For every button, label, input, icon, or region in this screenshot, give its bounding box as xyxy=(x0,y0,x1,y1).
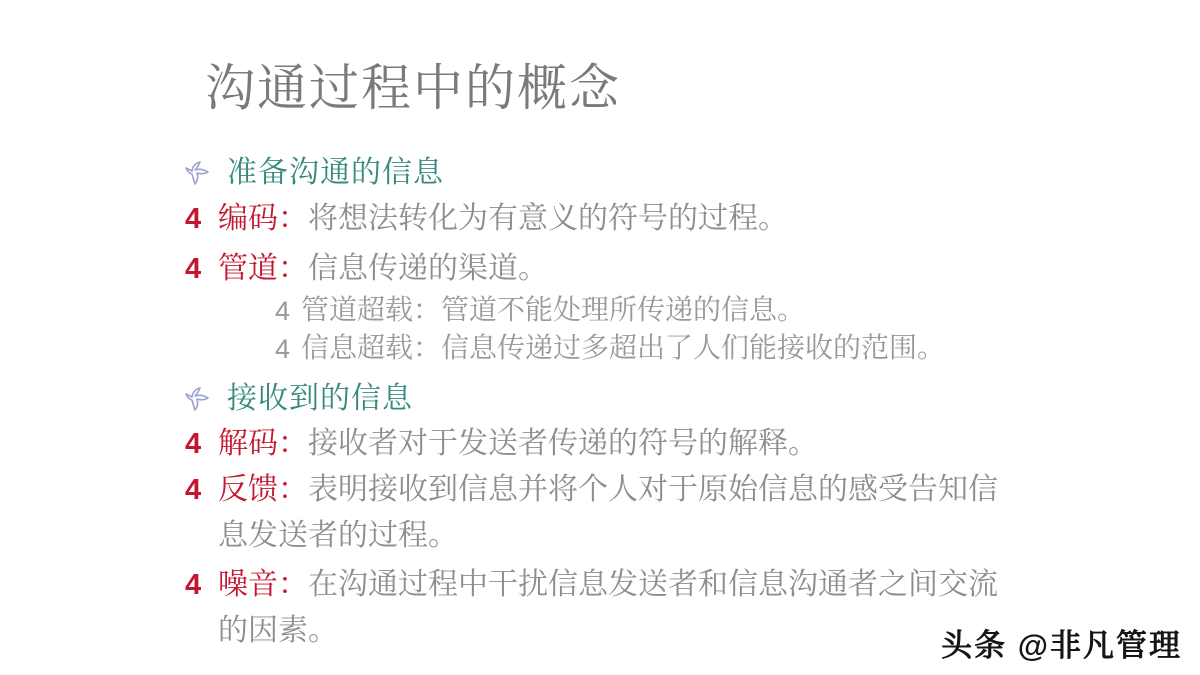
section-header-label: 准备沟通的信息 xyxy=(227,155,444,191)
term-definition: 将想法转化为有意义的符号的过程。 xyxy=(308,202,788,235)
sub-item-information-overload: 4 信息超载：信息传递过多超出了人们能接收的范围。 xyxy=(275,330,1001,368)
section-header-label: 接收到的信息 xyxy=(227,381,413,417)
term-label: 解码： xyxy=(218,427,308,460)
term-definition: 接收者对于发送者传递的符号的解释。 xyxy=(308,427,818,460)
term-label: 管道： xyxy=(218,252,308,285)
list-item-channel: 4 管道：信息传递的渠道。 xyxy=(185,246,1010,292)
section-header-prepare-message: 准备沟通的信息 xyxy=(183,155,444,191)
list-item-content: 管道：信息传递的渠道。 xyxy=(218,246,1010,292)
bullet-marker: 4 xyxy=(275,292,301,330)
sub-item-content: 管道超载：管道不能处理所传递的信息。 xyxy=(301,292,1001,330)
section-header-received-message: 接收到的信息 xyxy=(183,381,413,417)
sub-item-channel-overload: 4 管道超载：管道不能处理所传递的信息。 xyxy=(275,292,1001,330)
term-definition: 表明接收到信息并将个人对于原始信息的感受告知信息发送者的过程。 xyxy=(218,473,998,552)
bullet-marker: 4 xyxy=(185,196,218,242)
slide-title: 沟通过程中的概念 xyxy=(205,48,621,120)
bullet-marker: 4 xyxy=(185,421,218,467)
bullet-marker: 4 xyxy=(185,246,218,292)
list-item-feedback: 4 反馈：表明接收到信息并将个人对于原始信息的感受告知信息发送者的过程。 xyxy=(185,467,1010,559)
bullet-marker: 4 xyxy=(185,562,218,608)
list-item-decoding: 4 解码：接收者对于发送者传递的符号的解释。 xyxy=(185,421,1010,467)
list-item-content: 噪音：在沟通过程中干扰信息发送者和信息沟通者之间交流的因素。 xyxy=(218,562,1010,654)
bullet-marker: 4 xyxy=(185,467,218,513)
term-label: 反馈： xyxy=(218,473,308,506)
list-item-noise: 4 噪音：在沟通过程中干扰信息发送者和信息沟通者之间交流的因素。 xyxy=(185,562,1010,654)
sub-item-content: 信息超载：信息传递过多超出了人们能接收的范围。 xyxy=(301,330,1001,368)
dove-icon xyxy=(183,384,217,414)
dove-icon xyxy=(183,158,217,188)
list-item-content: 反馈：表明接收到信息并将个人对于原始信息的感受告知信息发送者的过程。 xyxy=(218,467,1010,559)
term-label: 噪音： xyxy=(218,568,308,601)
term-definition: 信息传递的渠道。 xyxy=(308,252,548,285)
term-definition: 管道不能处理所传递的信息。 xyxy=(441,295,805,326)
term-definition: 信息传递过多超出了人们能接收的范围。 xyxy=(441,333,945,364)
toutiao-watermark: 头条 @非凡管理 xyxy=(941,620,1182,665)
bullet-marker: 4 xyxy=(275,330,301,368)
list-item-content: 编码：将想法转化为有意义的符号的过程。 xyxy=(218,196,1010,242)
term-label: 信息超载： xyxy=(301,333,441,364)
list-item-content: 解码：接收者对于发送者传递的符号的解释。 xyxy=(218,421,1010,467)
term-definition: 在沟通过程中干扰信息发送者和信息沟通者之间交流的因素。 xyxy=(218,568,998,647)
term-label: 编码： xyxy=(218,202,308,235)
term-label: 管道超载： xyxy=(301,295,441,326)
presentation-slide: 沟通过程中的概念 准备沟通的信息 4 编码：将想法转化为有意义的符号的过程。 4… xyxy=(0,0,1200,675)
list-item-encoding: 4 编码：将想法转化为有意义的符号的过程。 xyxy=(185,196,1010,242)
